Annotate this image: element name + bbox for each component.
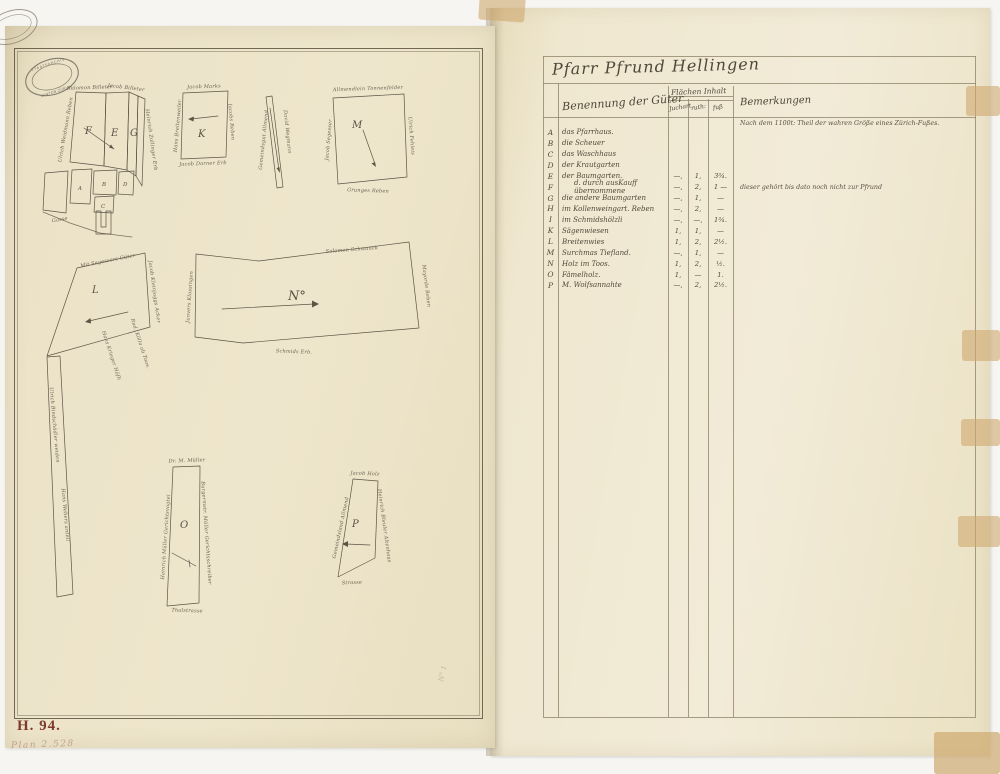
- parcel-p-top: Jacob Holz: [349, 470, 380, 477]
- parcel-l-below2: Hans Krieger Höfli: [100, 329, 122, 381]
- cluster-label-right: Heinrich Zollinger Erb: [144, 108, 159, 171]
- parcel-k-top: Jacob Marks: [186, 83, 221, 90]
- parcel-k-letter: K: [197, 129, 206, 140]
- parcel-o-bottom: Thalstrasse: [171, 607, 203, 614]
- cluster-letter-g: G: [130, 128, 138, 139]
- tape-stain: [934, 732, 1000, 774]
- faint-sheet-number: N° 1: [437, 665, 448, 684]
- parcel-i-left: Gemeindsgut Allmend: [258, 110, 270, 170]
- scanned-cadastral-plan: Pfarr Pfrund Hellingen Benennung der Güt…: [0, 0, 1000, 774]
- shelf-mark: H. 94.: [17, 718, 61, 735]
- parcel-l-right: Jacob Kleinjoggs Acker: [146, 259, 161, 324]
- parcel-m-letter: M: [351, 120, 363, 131]
- parcel-p-left: Gemeindsland Allmend: [332, 496, 351, 559]
- cluster-bldg-d: D: [122, 182, 128, 188]
- parcel-k-bottom: Jacob Dorner Erb: [178, 160, 227, 168]
- tape-stain: [962, 330, 1000, 361]
- parcel-i-right: David Wegmann: [282, 109, 293, 154]
- tape-stain: [961, 419, 1000, 446]
- cluster-bldg-b: B: [101, 182, 106, 188]
- parcel-n-bottom: Schmids Erb.: [276, 348, 313, 355]
- parcel-n: N° Salomon Schwanck Schmids Erb. Junvers…: [185, 242, 431, 356]
- tape-stain: [478, 0, 526, 23]
- cluster-label-top1: Salomon Billeter: [67, 84, 113, 92]
- parcel-p-right: Heinrich Bleuler Altenhaus: [376, 488, 392, 564]
- tape-stain: [966, 86, 1000, 116]
- cluster-letter-f: F: [84, 126, 93, 137]
- parcel-k-right: Jacobs Reben: [226, 102, 235, 140]
- cluster-label-bottom: Gasse: [51, 216, 68, 225]
- tape-stain: [958, 516, 1000, 547]
- strip-label2: Hans Webers anteil: [60, 487, 71, 542]
- parcel-m-top: Allmendlein Tonnenfelder: [332, 85, 404, 93]
- parcel-o-top: Dr. M. Müller: [167, 457, 205, 464]
- parcel-n-top: Salomon Schwanck: [326, 245, 379, 255]
- parcel-l: L Mit Segessers Güter Jacob Kleinjoggs A…: [47, 253, 161, 382]
- parcel-n-right: Mayorde Reben: [420, 263, 431, 307]
- parcel-m-left: Jacob Segesser: [324, 119, 334, 162]
- cluster-label-top2: Jacob Billeter: [106, 83, 145, 94]
- parcel-n-left: Junvers Klossingen: [185, 271, 195, 324]
- parcel-n-letter: N°: [287, 289, 306, 304]
- cluster-bldg-c: C: [101, 204, 106, 210]
- archive-stamp-partial: [0, 3, 42, 51]
- parcel-strip: Ulrich Bindschädler weiden Hans Webers a…: [47, 356, 73, 597]
- parcel-m: M Allmendlein Tonnenfelder Grunges Reben…: [324, 85, 416, 195]
- parcel-i: Gemeindsgut Allmend David Wegmann: [258, 96, 292, 188]
- parcel-p-bottom: Strasse: [342, 580, 362, 587]
- parcel-k: K Jacob Marks Jacob Dorner Erb Hans Brei…: [173, 83, 236, 167]
- parcel-l-top: Mit Segessers Güter: [79, 253, 136, 270]
- parcel-p: P Jacob Holz Strasse Gemeindsland Allmen…: [332, 470, 393, 586]
- parcel-o: O Dr. M. Müller Thalstrasse Heinrich Mül…: [160, 457, 213, 614]
- plan-drawing: STAATSARCHIV KANTON ZÜRICH F E G A B C D: [0, 0, 1000, 774]
- parcel-l-below1: Rud. Kölla ab Toos.: [129, 317, 151, 370]
- parcel-l-letter: L: [91, 285, 99, 296]
- parcel-m-bottom: Grunges Reben: [347, 187, 389, 194]
- cluster-bldg-a: A: [77, 186, 82, 192]
- archive-stamp: STAATSARCHIV KANTON ZÜRICH: [21, 52, 83, 102]
- cluster-letter-e: E: [110, 128, 119, 139]
- cluster-label-left: Ulrich Weidmann Reben: [57, 97, 74, 163]
- parcel-o-letter: O: [180, 520, 188, 531]
- parcel-o-right: Burgermstr. Müller Gerichtsschreiber: [199, 480, 212, 585]
- parcel-m-right: Ulrich Fehleis: [406, 117, 415, 156]
- parcel-p-letter: P: [351, 519, 359, 530]
- well-shape: [96, 211, 111, 234]
- parcel-cluster: F E G A B C D Salomon Billeter Jacob Bil…: [43, 83, 158, 237]
